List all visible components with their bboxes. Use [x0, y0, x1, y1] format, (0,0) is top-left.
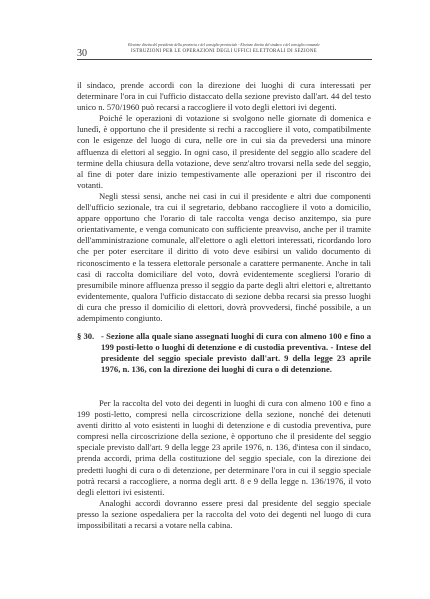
document-page: Elezione diretta del presidente della pr…: [0, 0, 430, 599]
section-heading: § 30. - Sezione alla quale siano assegna…: [77, 331, 371, 375]
paragraph: Per la raccolta del voto dei degenti in …: [77, 398, 371, 498]
paragraph: il sindaco, prende accordi con la direzi…: [77, 80, 371, 113]
running-head-title: ISTRUZIONI PER LE OPERAZIONI DEGLI UFFIC…: [78, 49, 370, 55]
running-head: Elezione diretta del presidente della pr…: [78, 43, 370, 55]
body-text: il sindaco, prende accordi con la direzi…: [77, 80, 371, 324]
running-head-subtitle: Elezione diretta del presidente della pr…: [78, 43, 370, 48]
header-rule: [77, 59, 372, 60]
paragraph: Poiché le operazioni di votazione si svo…: [77, 113, 371, 191]
section-title: - Sezione alla quale siano assegnati luo…: [99, 331, 371, 375]
section-body: Per la raccolta del voto dei degenti in …: [77, 398, 371, 531]
paragraph: Analoghi accordi dovranno essere presi d…: [77, 498, 371, 531]
section-number: § 30.: [77, 331, 99, 375]
page-number: 30: [77, 48, 87, 59]
paragraph: Negli stessi sensi, anche nei casi in cu…: [77, 191, 371, 324]
